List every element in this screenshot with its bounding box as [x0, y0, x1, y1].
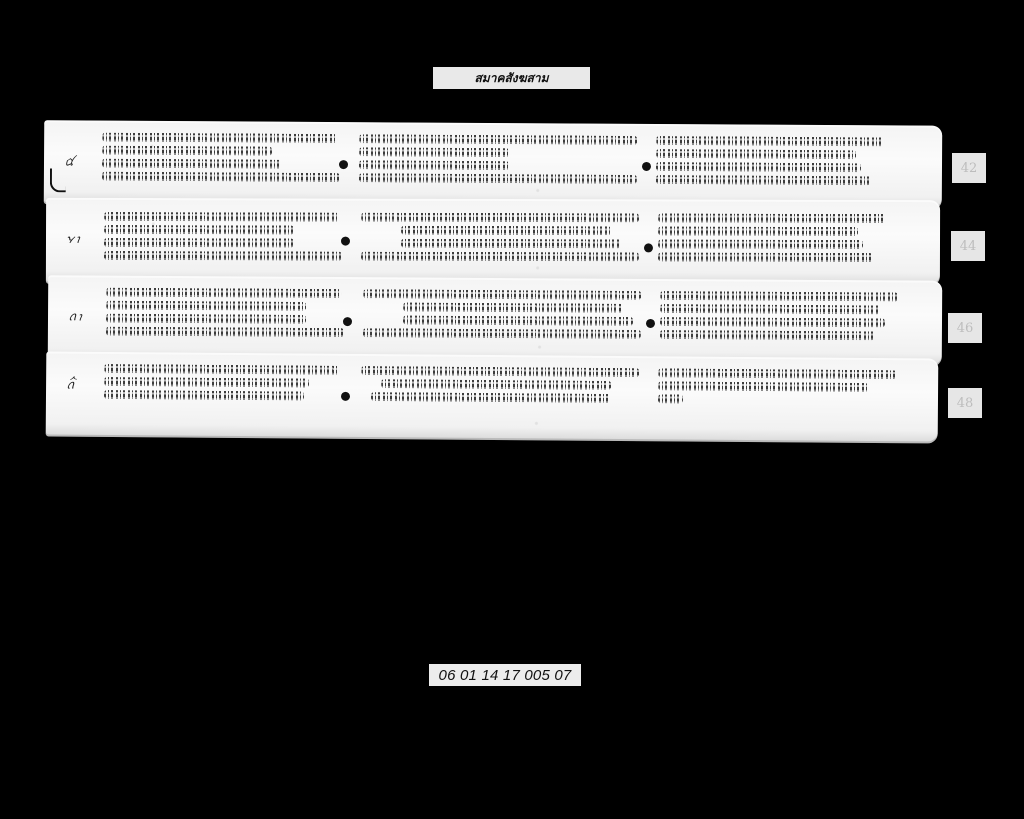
- palm-leaf-4: ꪒꪲ: [46, 351, 939, 443]
- manuscript-text-middle: [361, 364, 641, 405]
- archive-id-label: 06 01 14 17 005 07: [429, 664, 581, 686]
- manuscript-text-middle: [359, 132, 639, 186]
- palm-leaf-1: ꪠ: [44, 120, 942, 209]
- binding-hole-icon: [642, 162, 651, 171]
- manuscript-text-middle: [361, 211, 641, 264]
- page-number-box: 42: [952, 153, 986, 183]
- binding-hole-icon: [644, 243, 653, 252]
- manuscript-text-left: [104, 210, 344, 263]
- leaf-number: ꪩꪱ: [66, 228, 81, 253]
- page-number-box: 48: [948, 388, 982, 418]
- manuscript-text-left: [106, 286, 346, 339]
- collection-title-label: สมาคสังฆสาม: [433, 67, 590, 89]
- manuscript-text-right: [656, 134, 886, 187]
- manuscript-text-right: [660, 289, 900, 342]
- manuscript-text-left: [104, 362, 344, 403]
- leaf-number: ꪒꪲ: [66, 374, 75, 399]
- binding-hole-icon: [646, 319, 655, 328]
- page-number-box: 44: [951, 231, 985, 261]
- manuscript-text-middle: [363, 287, 643, 341]
- leaf-number: ꪒꪱ: [68, 305, 83, 330]
- manuscript-text-right: [658, 366, 898, 407]
- page-number-box: 46: [948, 313, 982, 343]
- palm-leaf-2: ꪩꪱ: [46, 198, 940, 286]
- manuscript-text-right: [658, 211, 888, 264]
- leaf-notch: [50, 168, 66, 192]
- manuscript-text-left: [102, 131, 342, 184]
